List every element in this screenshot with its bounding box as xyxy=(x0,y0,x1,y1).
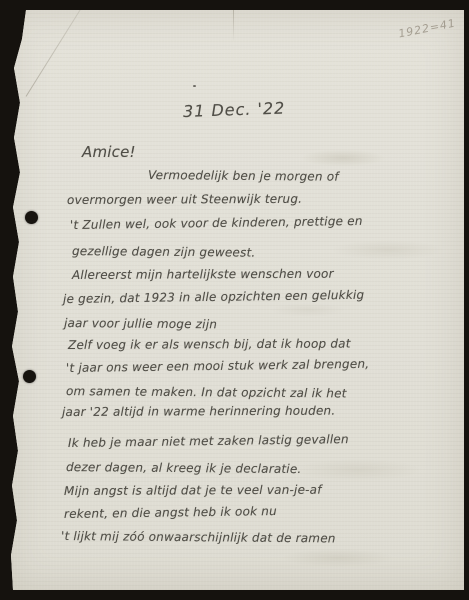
ink-dot xyxy=(193,85,196,87)
paper-crease-top xyxy=(233,10,234,42)
letter-line: 't jaar ons weer een mooi stuk werk zal … xyxy=(66,357,369,375)
letter-date: 31 Dec. '22 xyxy=(183,98,286,121)
letter-line: je gezin, dat 1923 in alle opzichten een… xyxy=(63,288,364,306)
letter-line: gezellige dagen zijn geweest. xyxy=(72,244,256,260)
letter-line: jaar '22 altijd in warme herinnering hou… xyxy=(62,404,335,419)
letter-line: overmorgen weer uit Steenwijk terug. xyxy=(67,192,302,207)
letter-line: Allereerst mijn hartelijkste wenschen vo… xyxy=(72,267,334,282)
letter-line: om samen te maken. In dat opzicht zal ik… xyxy=(66,384,347,400)
letter-salutation: Amice! xyxy=(82,143,136,161)
letter-line: Mijn angst is altijd dat je te veel van-… xyxy=(64,483,322,498)
letter-sheet: 1922=41 31 Dec. '22 Amice! Vermoedelijk … xyxy=(8,10,464,590)
paper-crease-diagonal xyxy=(26,0,97,97)
punch-hole-top xyxy=(25,211,38,224)
letter-line: jaar voor jullie moge zijn xyxy=(64,316,217,331)
letter-line: dezer dagen, al kreeg ik je declaratie. xyxy=(66,460,302,476)
letter-line: 't Zullen wel, ook voor de kinderen, pre… xyxy=(70,214,363,232)
letter-line: Vermoedelijk ben je morgen of xyxy=(148,168,339,184)
letter-line: Zelf voeg ik er als wensch bij, dat ik h… xyxy=(68,337,351,352)
punch-hole-bottom xyxy=(23,370,36,383)
letter-scan: 1922=41 31 Dec. '22 Amice! Vermoedelijk … xyxy=(0,0,469,600)
letter-line: Ik heb je maar niet met zaken lastig gev… xyxy=(68,432,349,450)
letter-line: 't lijkt mij zóó onwaarschijnlijk dat de… xyxy=(61,529,336,545)
archival-number: 1922=41 xyxy=(397,17,457,41)
letter-line: rekent, en die angst heb ik ook nu xyxy=(64,504,277,521)
